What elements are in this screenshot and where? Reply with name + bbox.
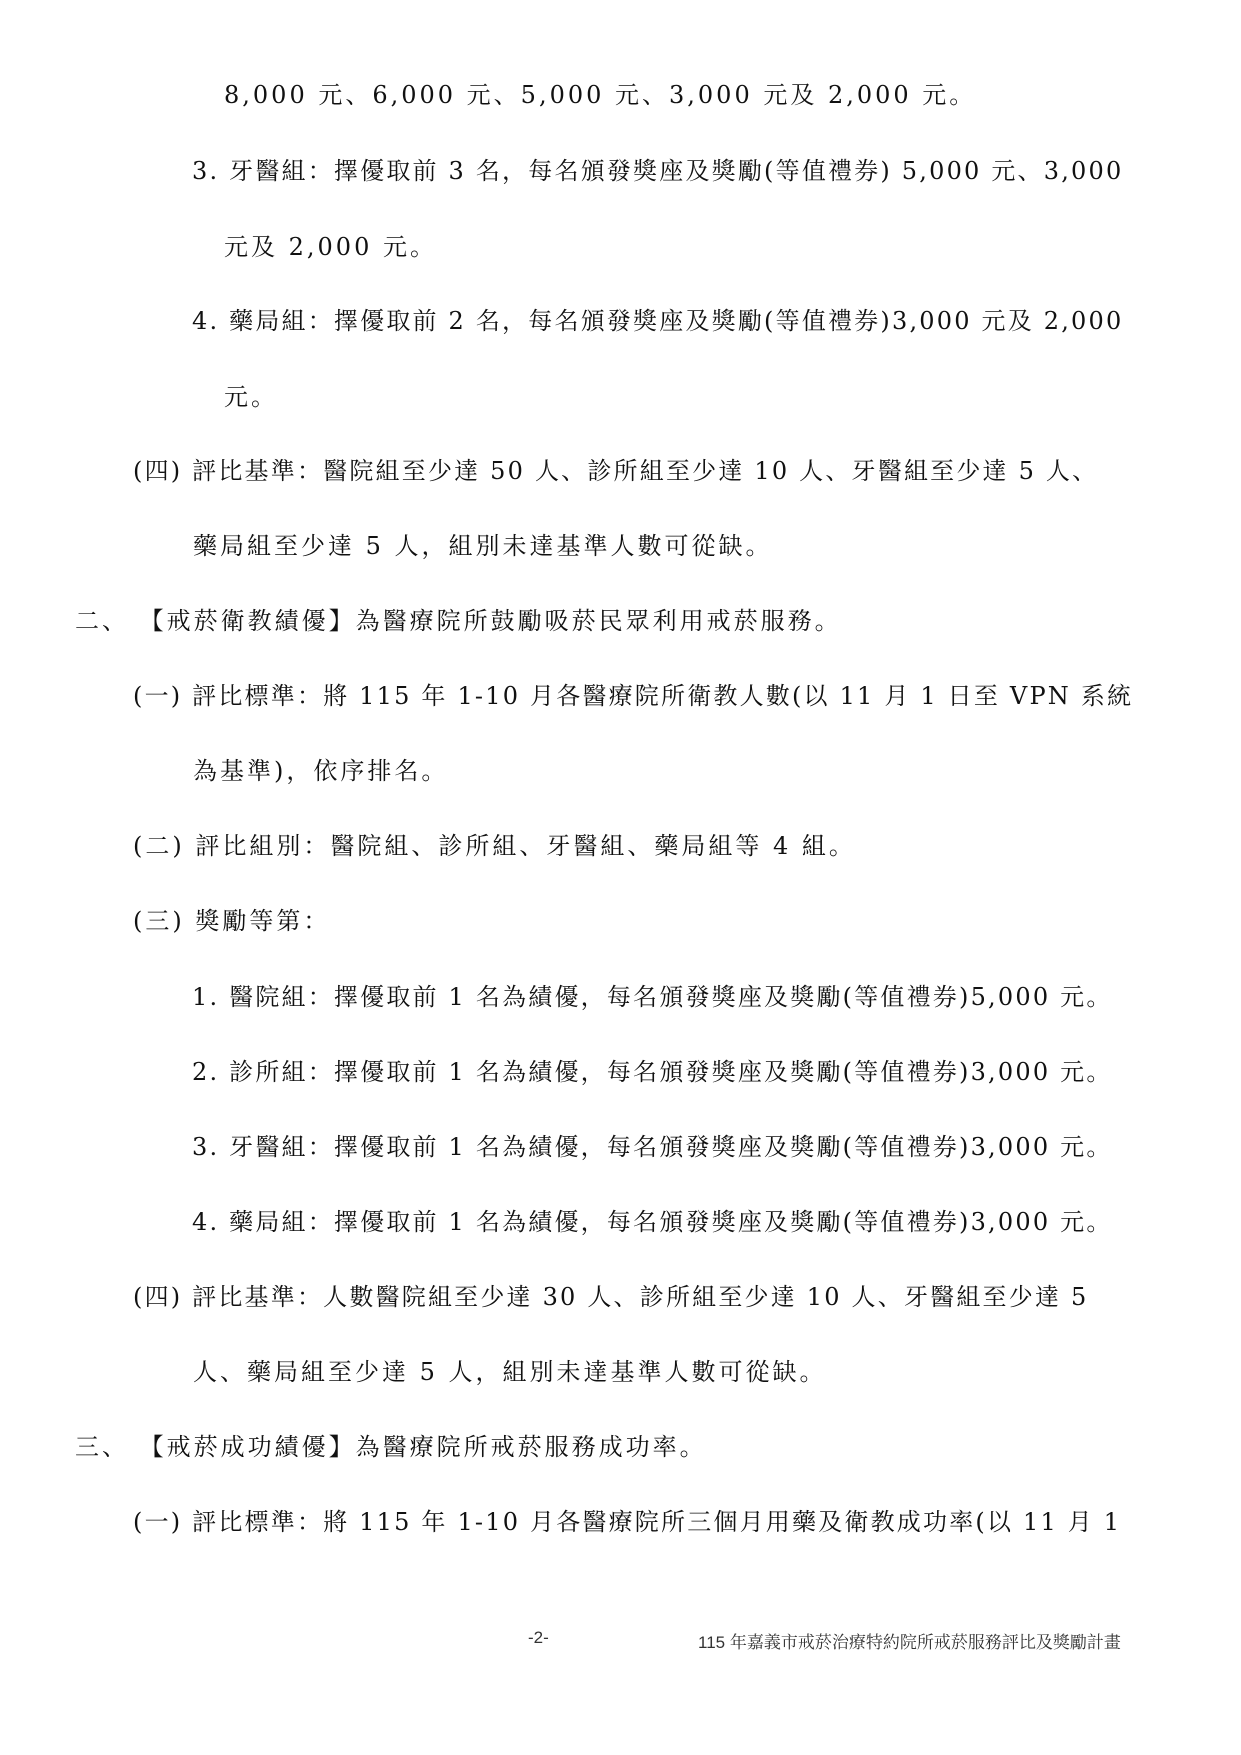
dental-group-award-item: 3. 牙醫組：擇優取前 3 名，每名頒發獎座及獎勵(等值禮券) 5,000 元、… bbox=[192, 156, 1123, 186]
document-page: 8,000 元、6,000 元、5,000 元、3,000 元及 2,000 元… bbox=[0, 0, 1241, 1755]
hospital-group-award-item: 1. 醫院組：擇優取前 1 名為績優，每名頒發獎座及獎勵(等值禮券)5,000 … bbox=[192, 982, 1113, 1012]
clinic-group-award-item: 2. 診所組：擇優取前 1 名為績優，每名頒發獎座及獎勵(等值禮券)3,000 … bbox=[192, 1057, 1113, 1087]
evaluation-standard-3-1: (一) 評比標準：將 115 年 1-10 月各醫療院所三個月用藥及衛教成功率(… bbox=[133, 1507, 1121, 1537]
criteria-section-4-continuation: 藥局組至少達 5 人，組別未達基準人數可從缺。 bbox=[193, 531, 773, 561]
award-amounts-continuation: 8,000 元、6,000 元、5,000 元、3,000 元及 2,000 元… bbox=[224, 80, 976, 110]
section-2-heading: 二、 【戒菸衛教績優】為醫療院所鼓勵吸菸民眾利用戒菸服務。 bbox=[75, 606, 842, 636]
dental-group-award-continuation: 元及 2,000 元。 bbox=[224, 232, 437, 262]
pharmacy-group-award-item: 4. 藥局組：擇優取前 2 名，每名頒發獎座及獎勵(等值禮券)3,000 元及 … bbox=[192, 306, 1123, 336]
criteria-section-4-b: (四) 評比基準：人數醫院組至少達 30 人、診所組至少達 10 人、牙醫組至少… bbox=[133, 1282, 1088, 1312]
pharmacy-group-award-item-2: 4. 藥局組：擇優取前 1 名為績優，每名頒發獎座及獎勵(等值禮券)3,000 … bbox=[192, 1207, 1113, 1237]
section-3-heading: 三、 【戒菸成功績優】為醫療院所戒菸服務成功率。 bbox=[75, 1432, 707, 1462]
evaluation-groups-2: (二) 評比組別：醫院組、診所組、牙醫組、藥局組等 4 組。 bbox=[133, 831, 856, 861]
criteria-section-4-b-continuation: 人、藥局組至少達 5 人，組別未達基準人數可從缺。 bbox=[193, 1357, 827, 1387]
evaluation-standard-1-continuation: 為基準)，依序排名。 bbox=[193, 756, 448, 786]
page-number: -2- bbox=[528, 1628, 549, 1648]
pharmacy-group-award-continuation: 元。 bbox=[224, 382, 278, 412]
dental-group-award-item-2: 3. 牙醫組：擇優取前 1 名為績優，每名頒發獎座及獎勵(等值禮券)3,000 … bbox=[192, 1132, 1113, 1162]
evaluation-standard-1: (一) 評比標準：將 115 年 1-10 月各醫療院所衛教人數(以 11 月 … bbox=[133, 681, 1133, 711]
footer-document-title: 115 年嘉義市戒菸治療特約院所戒菸服務評比及獎勵計畫 bbox=[698, 1628, 1121, 1653]
award-levels-3-heading: (三) 獎勵等第： bbox=[133, 906, 330, 936]
criteria-section-4: (四) 評比基準：醫院組至少達 50 人、診所組至少達 10 人、牙醫組至少達 … bbox=[133, 456, 1098, 486]
